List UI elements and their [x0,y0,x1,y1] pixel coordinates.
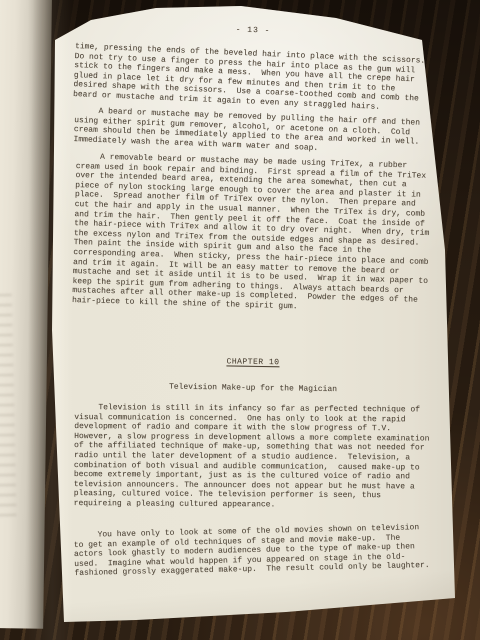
page-text: - 13 - time, pressing the ends of the be… [74,12,432,586]
chapter-subtitle: Television Make-up for the Magician [74,381,432,396]
paragraph: A beard or mustache may be removed by pu… [73,106,432,157]
book-page: - 13 - time, pressing the ends of the be… [36,0,462,636]
paragraph: You have only to look at some of the old… [73,523,432,579]
page-number: - 13 - [74,20,432,41]
chapter-heading: CHAPTER 10 [74,355,432,370]
paragraph: time, pressing the ends of the beveled h… [73,42,433,115]
book-photo: - 13 - time, pressing the ends of the be… [0,0,480,640]
paragraph: Television is still in its infancy so fa… [74,403,433,511]
paragraph: A removable beard or mustache may be mad… [72,152,434,315]
page-paragraphs: time, pressing the ends of the beveled h… [74,42,432,579]
